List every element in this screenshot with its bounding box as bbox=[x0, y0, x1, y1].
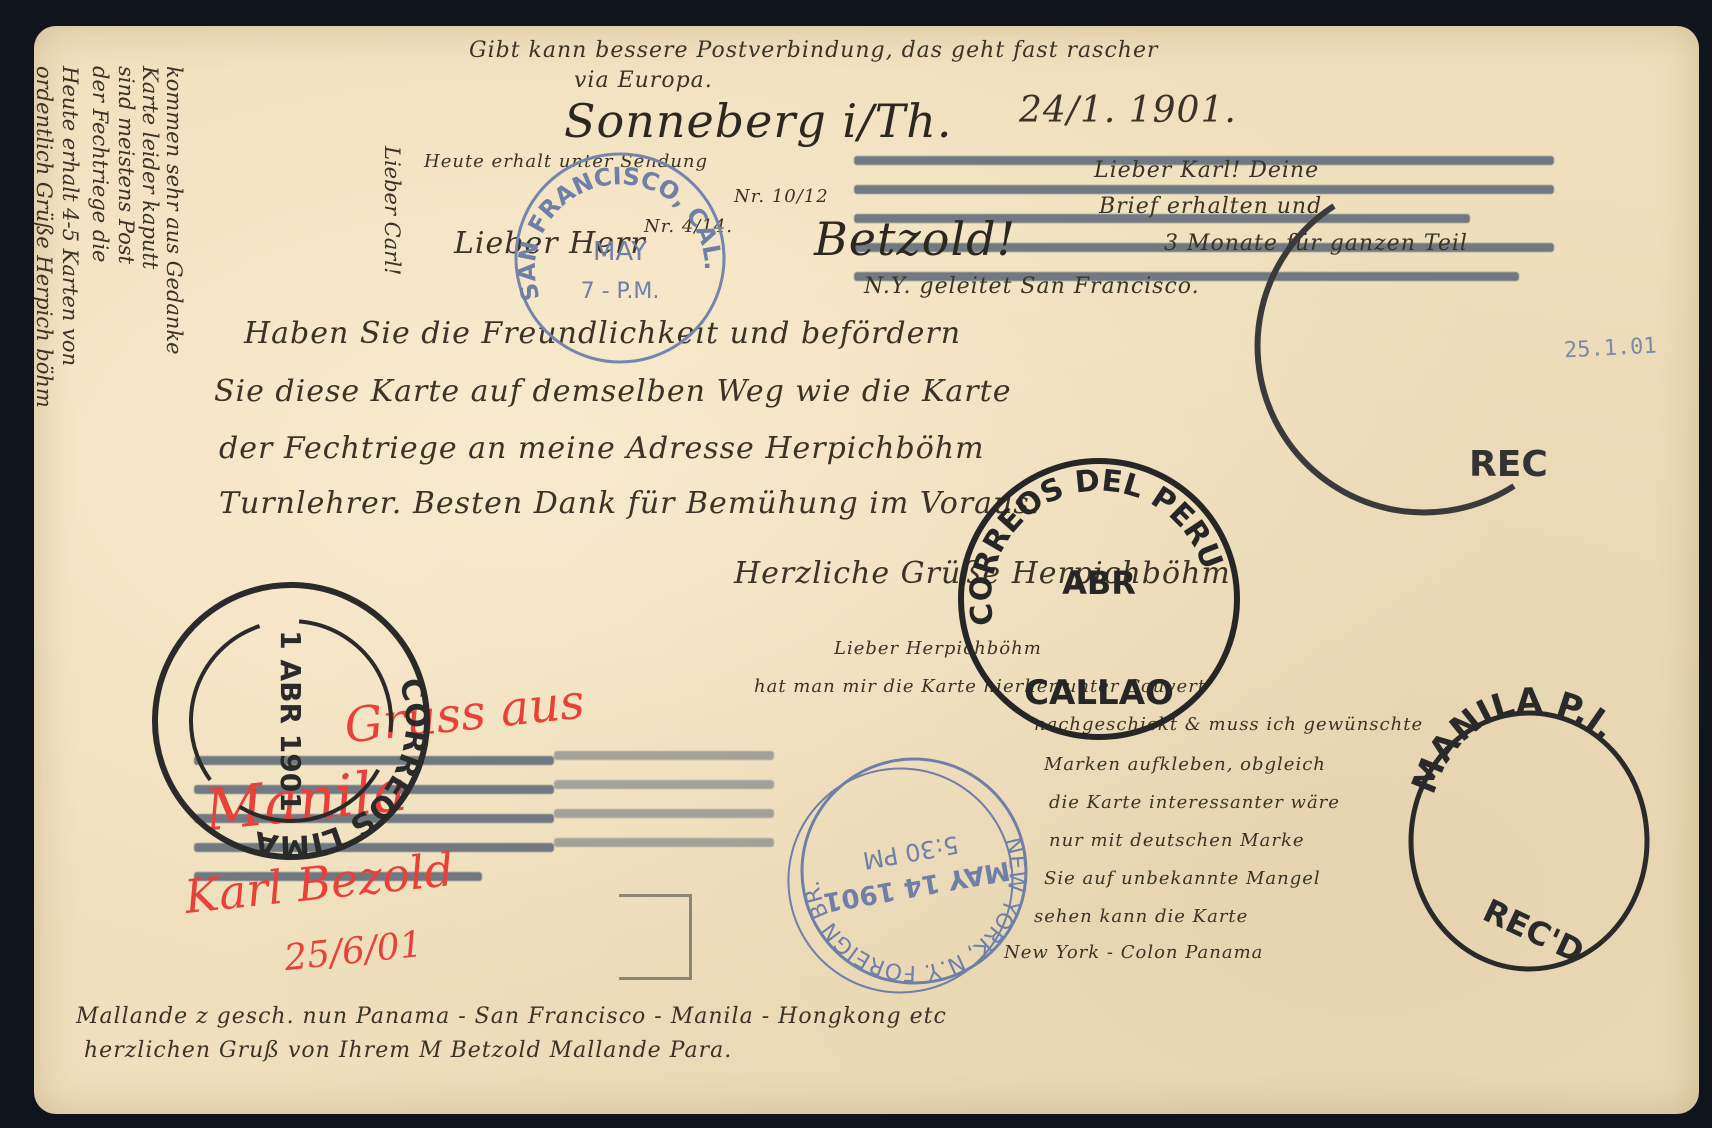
postmark-manila: MANILA P.I. REC'D bbox=[1404, 706, 1654, 976]
body-line-3: der Fechtriege an meine Adresse Herpichb… bbox=[219, 431, 985, 466]
lower-note-5: die Karte interessanter wäre bbox=[1049, 792, 1340, 813]
postcard: Gibt kann bessere Postverbindung, das ge… bbox=[34, 26, 1699, 1114]
postmark-new-york: NEW YORK, N.Y. FOREIGN BR. MAY 14 1901 5… bbox=[774, 727, 1054, 1015]
recipient-name: Betzold! bbox=[814, 212, 1016, 266]
bottom-line-2: herzlichen Gruß von Ihrem M Betzold Mall… bbox=[84, 1038, 732, 1063]
svg-text:REC'D: REC'D bbox=[1477, 891, 1589, 970]
date: 24/1. 1901. bbox=[1019, 90, 1237, 131]
svg-text:CORREOS DEL PERU: CORREOS DEL PERU bbox=[963, 463, 1229, 628]
postmark-rec-partial: REC bbox=[1264, 176, 1594, 506]
left-vertical-5: Karte leider kaputt bbox=[138, 66, 162, 269]
left-vertical-7: ordentlich Grüße Herpich böhm bbox=[34, 66, 56, 408]
svg-text:MANILA P.I.: MANILA P.I. bbox=[1404, 681, 1624, 800]
place-name: Sonneberg i/Th. bbox=[564, 94, 953, 148]
postmark-san-francisco: SAN FRANCISCO, CAL. MAY 7 - P.M. bbox=[510, 148, 730, 368]
body-line-2: Sie diese Karte auf demselben Weg wie di… bbox=[214, 374, 1011, 409]
left-vertical-1: Lieber Carl! bbox=[380, 146, 404, 275]
svg-text:1 ABR 1901: 1 ABR 1901 bbox=[274, 630, 307, 811]
postmark-callao: CORREOS DEL PERU ABR CALLAO bbox=[954, 454, 1244, 744]
right-note-4: N.Y. geleitet San Francisco. bbox=[864, 274, 1200, 299]
lower-note-4: Marken aufkleben, obgleich bbox=[1044, 754, 1326, 775]
header-line: Gibt kann bessere Postverbindung, das ge… bbox=[469, 38, 1159, 63]
lower-note-7: Sie auf unbekannte Mangel bbox=[1044, 868, 1321, 889]
left-vertical-6: kommen sehr aus Gedanke bbox=[162, 66, 186, 355]
svg-text:REC: REC bbox=[1469, 444, 1548, 485]
lower-note-6: nur mit deutschen Marke bbox=[1049, 830, 1305, 851]
left-vertical-4: sind meistens Post bbox=[114, 66, 138, 264]
header-line-2: via Europa. bbox=[574, 68, 713, 93]
svg-text:ABR: ABR bbox=[1062, 564, 1136, 602]
red-date: 25/6/01 bbox=[282, 924, 424, 979]
left-vertical-2: Heute erhalt 4-5 Karten von bbox=[58, 66, 82, 366]
cancellation-bars-lower-mid bbox=[554, 751, 774, 867]
left-vertical-3: der Fechtriege die bbox=[88, 66, 112, 262]
number-line: Nr. 10/12 bbox=[734, 186, 829, 207]
svg-text:7 - P.M.: 7 - P.M. bbox=[581, 279, 660, 304]
lower-note-8: sehen kann die Karte bbox=[1034, 906, 1248, 927]
b-box-mark bbox=[619, 894, 692, 980]
svg-text:CALLAO: CALLAO bbox=[1024, 673, 1174, 713]
body-line-4: Turnlehrer. Besten Dank für Bemühung im … bbox=[219, 486, 1040, 521]
svg-text:MAY: MAY bbox=[593, 237, 647, 267]
